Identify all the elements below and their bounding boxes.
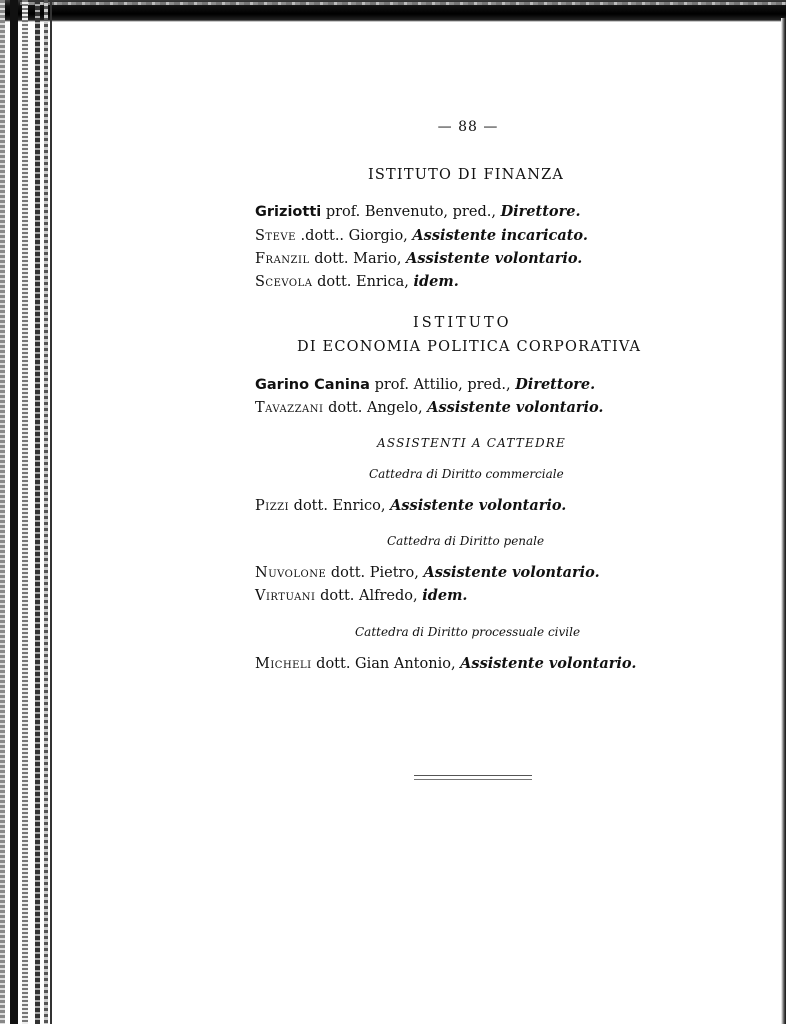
chair-title: Cattedra di Diritto commerciale: [369, 467, 564, 481]
staff-entry: Virtuani dott. Alfredo, idem.: [255, 587, 467, 604]
staff-surname: Garino Canina: [255, 377, 370, 393]
staff-details: dott. Mario,: [310, 251, 407, 267]
staff-entry: Franzil dott. Mario, Assistente volontar…: [255, 250, 582, 267]
staff-entry: Steve .dott.. Giorgio, Assistente incari…: [255, 227, 588, 244]
staff-details: prof. Attilio, pred.,: [370, 377, 515, 393]
section-title-economia-politica: DI ECONOMIA POLITICA CORPORATIVA: [297, 339, 641, 355]
chair-title: Cattedra di Diritto processuale civile: [355, 625, 580, 639]
binding-stripe: [10, 0, 18, 1024]
staff-surname: Steve: [255, 228, 296, 244]
binding-stripe: [22, 0, 28, 1024]
staff-surname: Virtuani: [255, 588, 316, 604]
staff-role: Assistente volontario.: [460, 655, 636, 672]
assistants-title: ASSISTENTI A CATTEDRE: [377, 436, 566, 450]
staff-role: Assistente volontario.: [390, 497, 566, 514]
chair-title: Cattedra di Diritto penale: [387, 534, 544, 548]
staff-surname: Nuvolone: [255, 565, 326, 581]
staff-entry: Tavazzani dott. Angelo, Assistente volon…: [255, 399, 603, 416]
staff-surname: Tavazzani: [255, 400, 323, 416]
staff-details: prof. Benvenuto, pred.,: [321, 204, 500, 220]
section-title-istituto-finanza: ISTITUTO DI FINANZA: [368, 167, 564, 183]
staff-details: .dott.. Giorgio,: [296, 228, 412, 244]
staff-entry: Garino Canina prof. Attilio, pred., Dire…: [255, 376, 595, 393]
staff-entry: Micheli dott. Gian Antonio, Assistente v…: [255, 655, 636, 672]
staff-surname: Griziotti: [255, 204, 321, 220]
staff-details: dott. Enrica,: [313, 274, 414, 290]
staff-role: Direttore.: [501, 203, 581, 220]
end-of-section-rule: [414, 775, 532, 780]
scan-right-edge: [781, 18, 786, 1024]
staff-details: dott. Angelo,: [323, 400, 427, 416]
book-binding-edge: [0, 0, 56, 1024]
staff-role: Assistente volontario.: [423, 564, 599, 581]
section-title-istituto: ISTITUTO: [413, 315, 512, 331]
staff-details: dott. Alfredo,: [316, 588, 423, 604]
staff-entry: Scevola dott. Enrica, idem.: [255, 273, 459, 290]
staff-role: Direttore.: [515, 376, 595, 393]
binding-stripe: [44, 0, 48, 1024]
staff-details: dott. Pietro,: [326, 565, 423, 581]
staff-entry: Nuvolone dott. Pietro, Assistente volont…: [255, 564, 600, 581]
staff-surname: Micheli: [255, 656, 312, 672]
staff-role: idem.: [422, 587, 467, 604]
binding-stripe: [50, 0, 52, 1024]
staff-role: Assistente volontario.: [427, 399, 603, 416]
staff-details: dott. Enrico,: [289, 498, 390, 514]
staff-role: idem.: [413, 273, 458, 290]
staff-details: dott. Gian Antonio,: [312, 656, 461, 672]
page-number: — 88 —: [0, 119, 786, 135]
staff-surname: Scevola: [255, 274, 313, 290]
staff-role: Assistente volontario.: [406, 250, 582, 267]
staff-entry: Pizzi dott. Enrico, Assistente volontari…: [255, 497, 566, 514]
staff-role: Assistente incaricato.: [412, 227, 588, 244]
binding-stripe: [35, 0, 40, 1024]
scan-top-edge: [0, 0, 786, 22]
staff-entry: Griziotti prof. Benvenuto, pred., Dirett…: [255, 203, 581, 220]
staff-surname: Franzil: [255, 251, 310, 267]
staff-surname: Pizzi: [255, 498, 289, 514]
binding-stripe: [0, 0, 5, 1024]
